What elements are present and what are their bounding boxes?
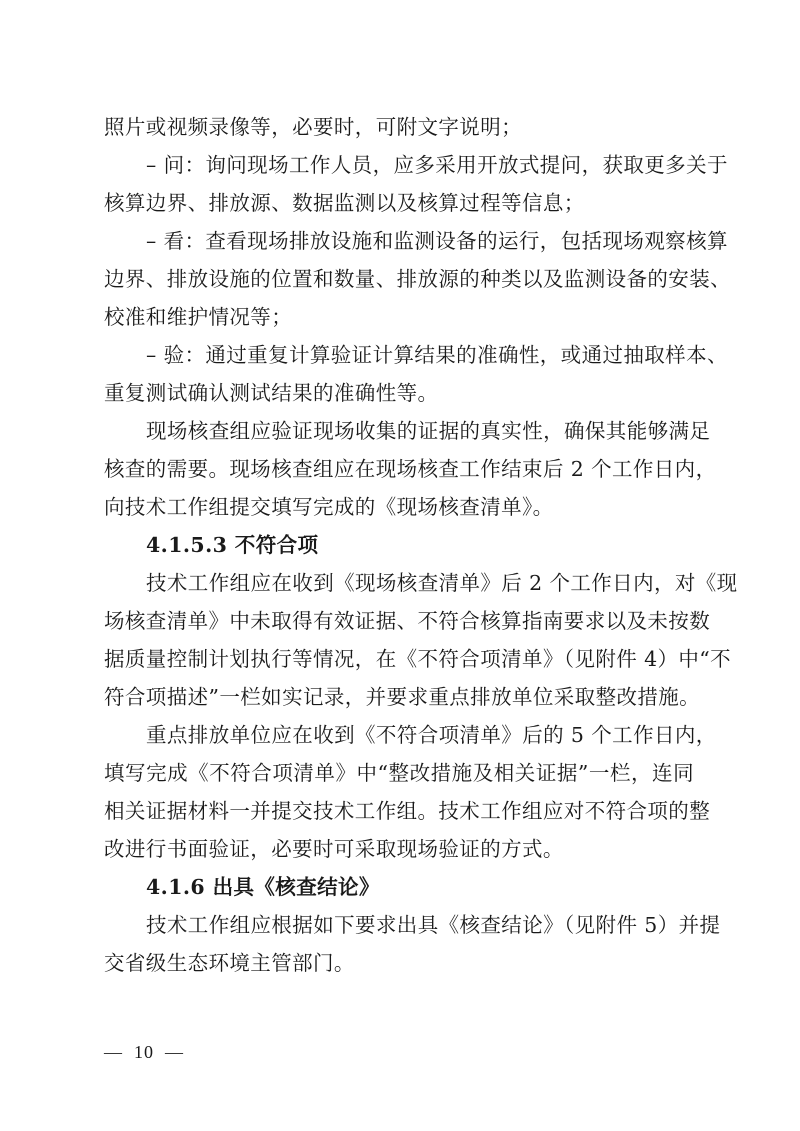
text-line: 照片或视频录像等，必要时，可附文字说明；	[104, 108, 694, 146]
text-line: 重复测试确认测试结果的准确性等。	[104, 374, 694, 412]
document-body: 照片或视频录像等，必要时，可附文字说明；– 问：询问现场工作人员，应多采用开放式…	[104, 108, 694, 982]
section-heading: 4.1.6 出具《核查结论》	[104, 868, 694, 906]
text-line: 重点排放单位应在收到《不符合项清单》后的 5 个工作日内，	[104, 716, 694, 754]
text-line: 核算边界、排放源、数据监测以及核算过程等信息；	[104, 184, 694, 222]
text-line: 技术工作组应在收到《现场核查清单》后 2 个工作日内，对《现	[104, 564, 694, 602]
text-line: 场核查清单》中未取得有效证据、不符合核算指南要求以及未按数	[104, 602, 694, 640]
text-line: – 验：通过重复计算验证计算结果的准确性，或通过抽取样本、	[104, 336, 694, 374]
text-line: 核查的需要。现场核查组应在现场核查工作结束后 2 个工作日内，	[104, 450, 694, 488]
text-line: 边界、排放设施的位置和数量、排放源的种类以及监测设备的安装、	[104, 260, 694, 298]
page-number: — 10 —	[104, 1042, 184, 1063]
text-line: 交省级生态环境主管部门。	[104, 944, 694, 982]
text-line: 符合项描述”一栏如实记录，并要求重点排放单位采取整改措施。	[104, 678, 694, 716]
text-line: – 看：查看现场排放设施和监测设备的运行，包括现场观察核算	[104, 222, 694, 260]
text-line: 相关证据材料一并提交技术工作组。技术工作组应对不符合项的整	[104, 792, 694, 830]
text-line: 向技术工作组提交填写完成的《现场核查清单》。	[104, 488, 694, 526]
text-line: 技术工作组应根据如下要求出具《核查结论》（见附件 5）并提	[104, 906, 694, 944]
text-line: 现场核查组应验证现场收集的证据的真实性，确保其能够满足	[104, 412, 694, 450]
text-line: 填写完成《不符合项清单》中“整改措施及相关证据”一栏，连同	[104, 754, 694, 792]
text-line: 据质量控制计划执行等情况，在《不符合项清单》（见附件 4）中“不	[104, 640, 694, 678]
text-line: – 问：询问现场工作人员，应多采用开放式提问，获取更多关于	[104, 146, 694, 184]
section-heading: 4.1.5.3 不符合项	[104, 526, 694, 564]
text-line: 校准和维护情况等；	[104, 298, 694, 336]
text-line: 改进行书面验证，必要时可采取现场验证的方式。	[104, 830, 694, 868]
